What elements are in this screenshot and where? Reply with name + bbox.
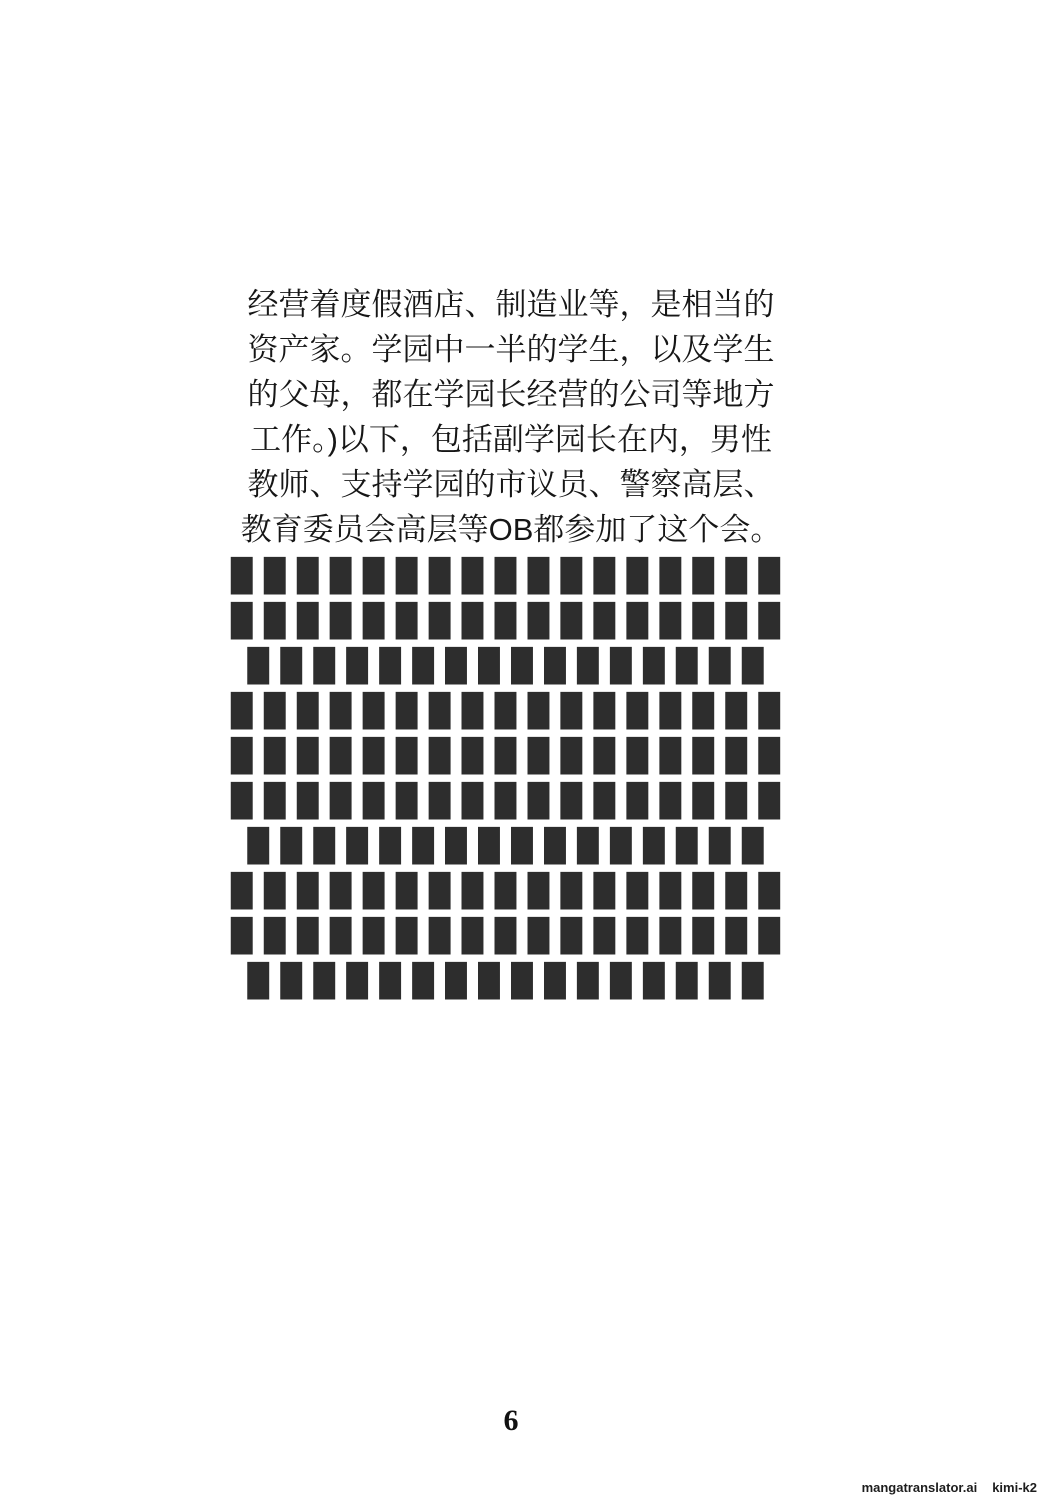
watermark-brand: mangatranslator.ai [862, 1480, 978, 1495]
text-line: █████████████████ [228, 777, 794, 822]
page-number: 6 [228, 1404, 794, 1438]
text-line: ████████████████ [228, 957, 794, 1002]
text-line: █████████████████ [228, 552, 794, 597]
text-line: 工作。)以下，包括副学园长在内，男性 [228, 417, 794, 462]
watermark-model: kimi-k2 [992, 1480, 1037, 1495]
text-line: 教育委员会高层等OB都参加了这个会。 [228, 507, 794, 552]
text-line: 的父母，都在学园长经营的公司等地方 [228, 372, 794, 417]
document-page: 经营着度假酒店、制造业等，是相当的资产家。学园中一半的学生，以及学生的父母，都在… [0, 0, 1045, 1500]
text-line: 教师、支持学园的市议员、警察高层、 [228, 462, 794, 507]
text-line: 经营着度假酒店、制造业等，是相当的 [228, 282, 794, 327]
text-line: █████████████████ [228, 912, 794, 957]
body-text-block: 经营着度假酒店、制造业等，是相当的资产家。学园中一半的学生，以及学生的父母，都在… [228, 282, 794, 1002]
text-line: █████████████████ [228, 732, 794, 777]
text-line: █████████████████ [228, 597, 794, 642]
text-line: █████████████████ [228, 687, 794, 732]
text-line: 资产家。学园中一半的学生，以及学生 [228, 327, 794, 372]
text-line: ████████████████ [228, 822, 794, 867]
text-line: █████████████████ [228, 867, 794, 912]
text-line: ████████████████ [228, 642, 794, 687]
watermark: mangatranslator.aikimi-k2 [862, 1480, 1037, 1495]
